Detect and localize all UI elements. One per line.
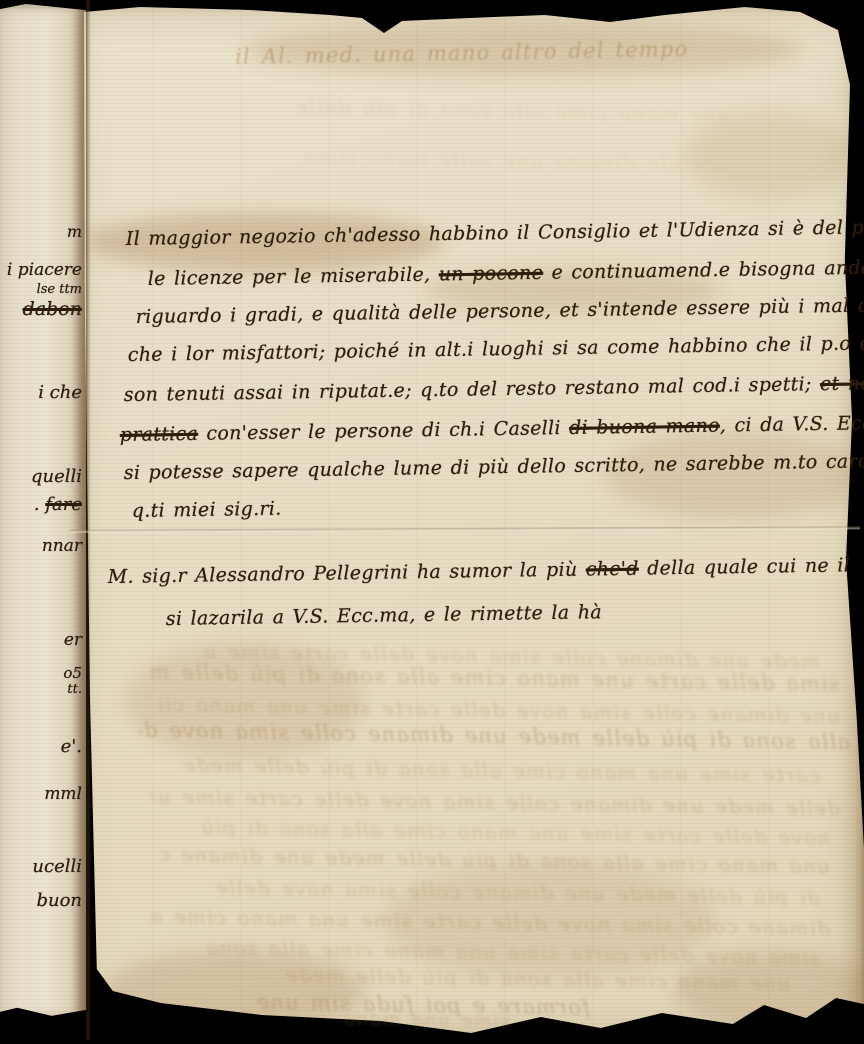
word: le licenze per le miserabile,	[148, 263, 439, 290]
word: .	[34, 494, 45, 515]
word: , ci da V.S. Ecc.mo	[720, 412, 864, 437]
strikethrough-word: et nella	[820, 372, 864, 395]
strikethrough-word: che'd	[586, 558, 639, 581]
manuscript-page	[64, 0, 864, 1044]
main-page-wrap	[64, 0, 864, 1044]
strikethrough-word: un pocone	[439, 262, 544, 286]
vertical-fold-crease	[86, 0, 91, 1040]
word: della quale cui ne il	[639, 554, 851, 579]
word: q.ti miei sig.ri.	[132, 498, 282, 522]
scanner-background: mi piacerelse ttmdaboni chequelli. faren…	[0, 0, 864, 1044]
strikethrough-word: di buona mano	[569, 415, 720, 439]
strikethrough-word: prattica	[120, 423, 199, 446]
letter-line: q.ti miei sig.ri.	[132, 498, 282, 522]
paper-vignette	[64, 0, 864, 1044]
